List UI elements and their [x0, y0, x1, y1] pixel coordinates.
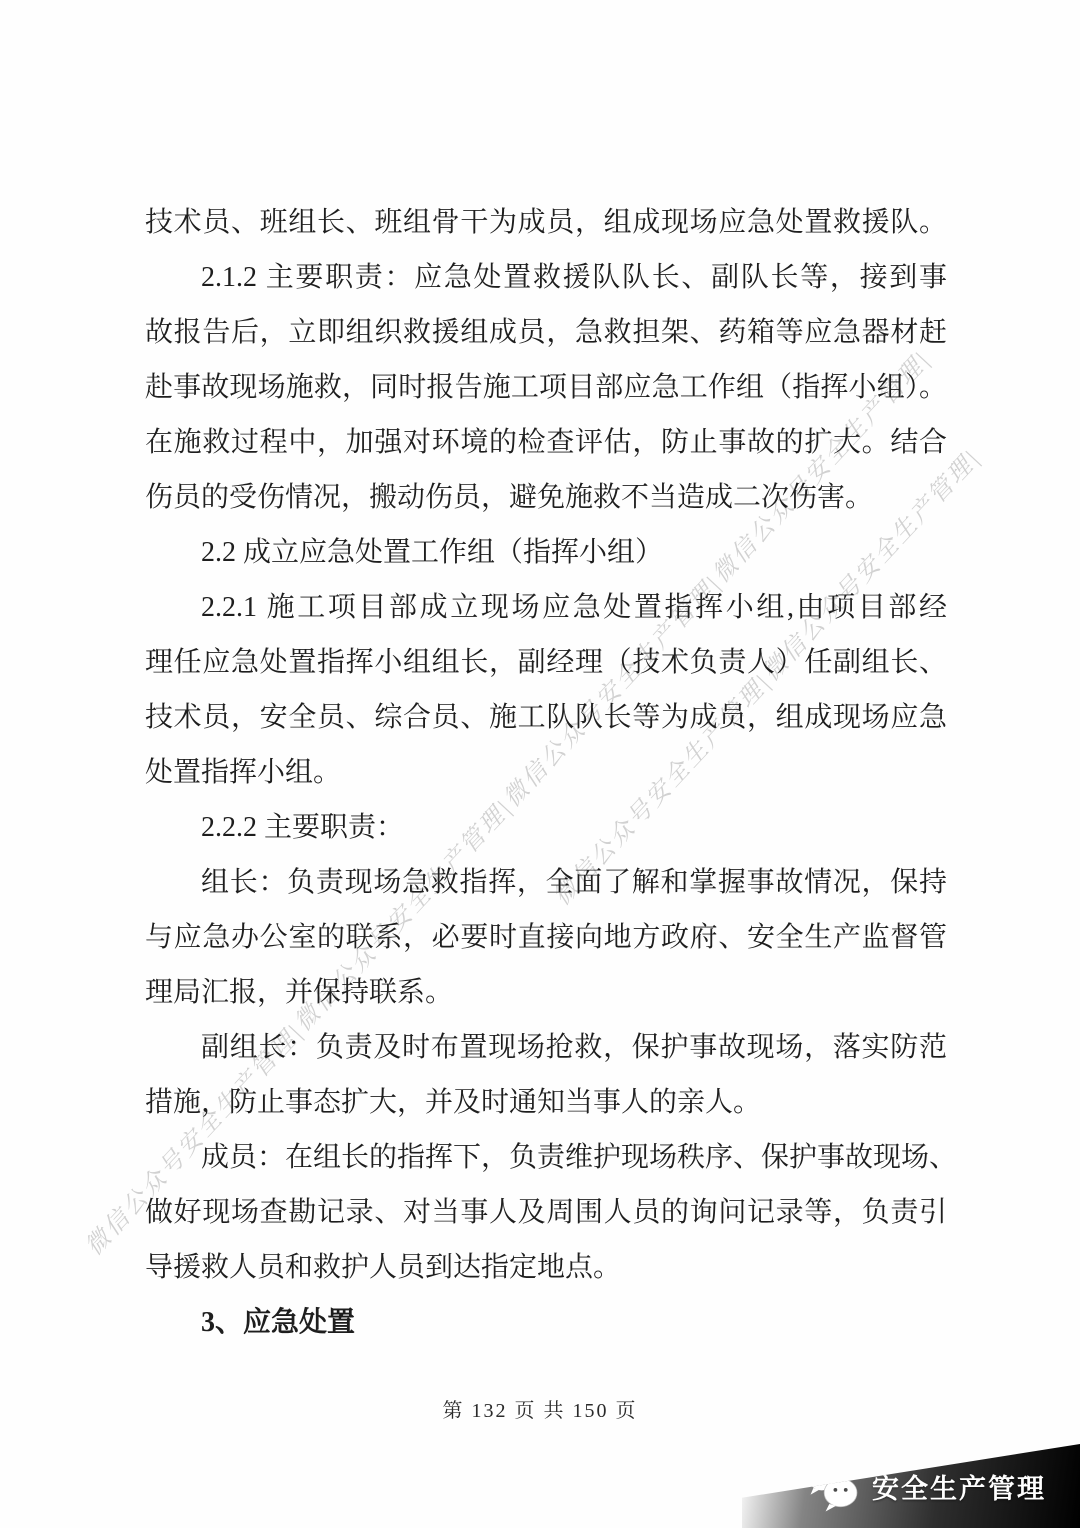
text-line: 副组长：负责及时布置现场抢救，保护事故现场，落实防范 [145, 1020, 947, 1075]
text-line: 处置指挥小组。 [145, 745, 947, 800]
text-line: 2.1.2 主要职责：应急处置救援队队长、副队长等，接到事 [145, 250, 947, 305]
text-line: 在施救过程中，加强对环境的检查评估，防止事故的扩大。结合 [145, 415, 947, 470]
document-body: 技术员、班组长、班组骨干为成员，组成现场应急处置救援队。2.1.2 主要职责：应… [145, 195, 947, 1350]
text-line: 伤员的受伤情况，搬动伤员，避免施救不当造成二次伤害。 [145, 470, 947, 525]
text-line: 与应急办公室的联系，必要时直接向地方政府、安全生产监督管 [145, 910, 947, 965]
text-line: 2.2.2 主要职责： [145, 800, 947, 855]
text-line: 组长：负责现场急救指挥，全面了解和掌握事故情况，保持 [145, 855, 947, 910]
text-line: 3、应急处置 [145, 1295, 947, 1350]
text-line: 理局汇报，并保持联系。 [145, 965, 947, 1020]
document-page: 微信公众号安全生产管理|微信公众号安全生产管理|微信公众号安全生产管理|微信公众… [0, 0, 1080, 1528]
text-line: 2.2 成立应急处置工作组（指挥小组） [145, 525, 947, 580]
text-line: 技术员，安全员、综合员、施工队队长等为成员，组成现场应急 [145, 690, 947, 745]
text-line: 技术员、班组长、班组骨干为成员，组成现场应急处置救援队。 [145, 195, 947, 250]
page-number: 第 132 页 共 150 页 [0, 1394, 1080, 1423]
text-line: 做好现场查勘记录、对当事人及周围人员的询问记录等，负责引 [145, 1185, 947, 1240]
text-line: 故报告后，立即组织救援组成员，急救担架、药箱等应急器材赶 [145, 305, 947, 360]
text-line: 措施，防止事态扩大，并及时通知当事人的亲人。 [145, 1075, 947, 1130]
text-line: 2.2.1 施工项目部成立现场应急处置指挥小组,由项目部经 [145, 580, 947, 635]
text-line: 理任应急处置指挥小组组长，副经理（技术负责人）任副组长、 [145, 635, 947, 690]
text-line: 成员：在组长的指挥下，负责维护现场秩序、保护事故现场、 [145, 1130, 947, 1185]
text-line: 赴事故现场施救，同时报告施工项目部应急工作组（指挥小组）。 [145, 360, 947, 415]
text-line: 导援救人员和救护人员到达指定地点。 [145, 1240, 947, 1295]
